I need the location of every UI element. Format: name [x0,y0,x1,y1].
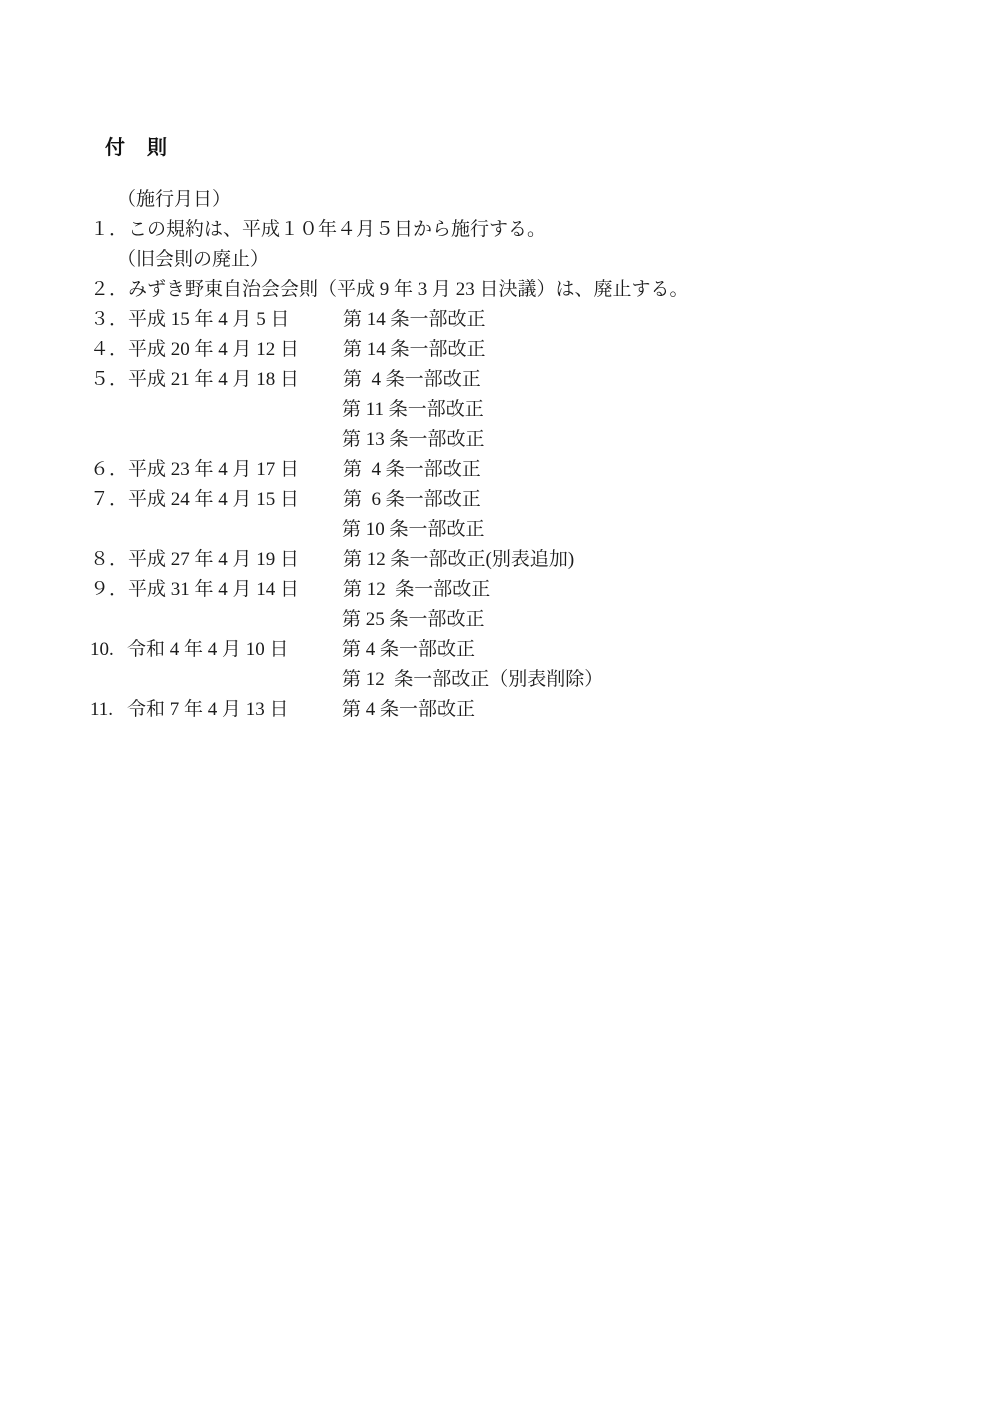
amendment-number: ７． [90,485,128,515]
amendment-change: 第 4 条一部改正 [342,635,1000,665]
provision-item-1-text: この規約は、平成１０年４月５日から施行する。 [128,215,1000,245]
amendment-date: 令和 7 年 4 月 13 日 [127,695,342,725]
amendment-date: 平成 24 年 4 月 15 日 [128,485,343,515]
amendment-row: 第 25 条一部改正 [0,605,1000,635]
amendment-row: ７． 平成 24 年 4 月 15 日 第 6 条一部改正 [0,485,1000,515]
amendment-change: 第 14 条一部改正 [343,335,1000,365]
amendment-change: 第 12 条一部改正（別表削除） [342,665,1000,695]
amendment-number [90,425,127,455]
amendment-number [90,515,127,545]
provision-item-1-number: １． [90,215,128,245]
amendment-change: 第 13 条一部改正 [342,425,1000,455]
amendment-change: 第 6 条一部改正 [343,485,1000,515]
amendment-number: 11. [90,695,127,725]
amendment-change: 第 11 条一部改正 [342,395,1000,425]
amendment-number [90,605,127,635]
amendment-change: 第 25 条一部改正 [342,605,1000,635]
enforcement-date-label: （施行月日） [0,185,1000,215]
page-title: 付 則 [105,134,168,162]
amendment-row: ６． 平成 23 年 4 月 17 日 第 4 条一部改正 [0,455,1000,485]
amendment-change: 第 4 条一部改正 [342,695,1000,725]
provision-item-2-text: みずき野東自治会会則（平成 9 年 3 月 23 日決議）は、廃止する。 [128,275,1000,305]
amendment-row: 第 13 条一部改正 [0,425,1000,455]
amendment-list: ３． 平成 15 年 4 月 5 日 第 14 条一部改正 ４． 平成 20 年… [0,305,1000,725]
amendment-number: ５． [90,365,128,395]
document-body: （施行月日） １． この規約は、平成１０年４月５日から施行する。 （旧会則の廃止… [0,185,1000,725]
amendment-date [127,425,342,455]
amendment-date: 平成 23 年 4 月 17 日 [128,455,343,485]
amendment-number: ８． [90,545,128,575]
amendment-row: ５． 平成 21 年 4 月 18 日 第 4 条一部改正 [0,365,1000,395]
amendment-row: 10. 令和 4 年 4 月 10 日 第 4 条一部改正 [0,635,1000,665]
amendment-date: 平成 15 年 4 月 5 日 [128,305,343,335]
provision-item-2: ２． みずき野東自治会会則（平成 9 年 3 月 23 日決議）は、廃止する。 [0,275,1000,305]
amendment-date [127,665,342,695]
amendment-date: 平成 27 年 4 月 19 日 [128,545,343,575]
amendment-date [127,605,342,635]
amendment-number: ９． [90,575,128,605]
provision-item-1: １． この規約は、平成１０年４月５日から施行する。 [0,215,1000,245]
amendment-number [90,665,127,695]
old-rules-abolition-label: （旧会則の廃止） [0,245,1000,275]
amendment-number: 10. [90,635,127,665]
document-page: 付 則 （施行月日） １． この規約は、平成１０年４月５日から施行する。 （旧会… [0,0,1000,1415]
amendment-change: 第 12 条一部改正(別表追加) [343,545,1000,575]
amendment-row: ４． 平成 20 年 4 月 12 日 第 14 条一部改正 [0,335,1000,365]
amendment-row: ８． 平成 27 年 4 月 19 日 第 12 条一部改正(別表追加) [0,545,1000,575]
amendment-change: 第 10 条一部改正 [342,515,1000,545]
amendment-date: 平成 21 年 4 月 18 日 [128,365,343,395]
amendment-row: 第 12 条一部改正（別表削除） [0,665,1000,695]
amendment-row: 第 11 条一部改正 [0,395,1000,425]
amendment-date: 令和 4 年 4 月 10 日 [127,635,342,665]
amendment-date [127,515,342,545]
amendment-change: 第 14 条一部改正 [343,305,1000,335]
amendment-date [127,395,342,425]
amendment-change: 第 4 条一部改正 [343,455,1000,485]
amendment-date: 平成 31 年 4 月 14 日 [128,575,343,605]
amendment-number: ４． [90,335,128,365]
amendment-row: ９． 平成 31 年 4 月 14 日 第 12 条一部改正 [0,575,1000,605]
amendment-change: 第 12 条一部改正 [343,575,1000,605]
amendment-number: ３． [90,305,128,335]
amendment-row: ３． 平成 15 年 4 月 5 日 第 14 条一部改正 [0,305,1000,335]
amendment-change: 第 4 条一部改正 [343,365,1000,395]
amendment-date: 平成 20 年 4 月 12 日 [128,335,343,365]
amendment-number: ６． [90,455,128,485]
provision-item-2-number: ２． [90,275,128,305]
amendment-row: 11. 令和 7 年 4 月 13 日 第 4 条一部改正 [0,695,1000,725]
amendment-row: 第 10 条一部改正 [0,515,1000,545]
amendment-number [90,395,127,425]
